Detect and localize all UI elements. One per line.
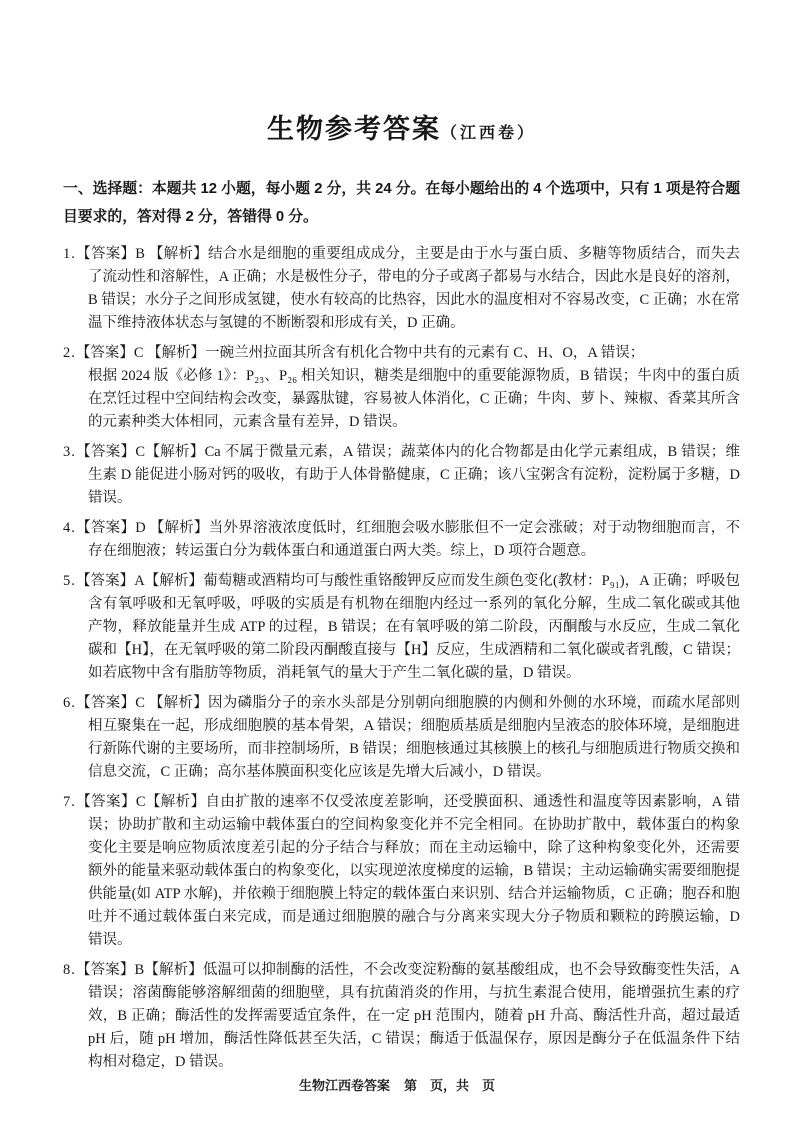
page-title-suffix: （江西卷） (441, 125, 536, 142)
item-text: 【答案】B【解析】低温可以抑制酶的活性，不会改变淀粉酶的氨基酸组成，也不会导致酶… (76, 962, 744, 1070)
item-number: 3. (63, 444, 76, 460)
item-text: 【答案】C【解析】Ca 不属于微量元素，A 错误；蔬菜体内的化合物都是由化学元素… (76, 444, 744, 506)
answer-item-1: 1.【答案】B 【解析】结合水是细胞的重要组成成分，主要是由于水与蛋白质、多糖等… (63, 243, 740, 335)
item-number: 1. (63, 246, 76, 262)
answer-list: 1.【答案】B 【解析】结合水是细胞的重要组成成分，主要是由于水与蛋白质、多糖等… (63, 243, 740, 1074)
answer-item-7: 7.【答案】C【解析】自由扩散的速率不仅受浓度差影响，还受膜面积、通透性和温度等… (63, 791, 740, 952)
page-footer: 生物江西卷答案第 页，共 页 (0, 1075, 794, 1094)
item-text: 【答案】C 【解析】因为磷脂分子的亲水头部是分别朝向细胞膜的内侧和外侧的水环境，… (76, 695, 740, 780)
item-number: 6. (63, 695, 76, 711)
item-text: 【答案】A【解析】葡萄糖或酒精均可与酸性重铬酸钾反应而发生颜色变化(教材：P₉₁… (76, 573, 740, 681)
footer-document-label: 生物江西卷答案 (299, 1078, 390, 1093)
section-header-choice-questions: 一、选择题：本题共 12 小题，每小题 2 分，共 24 分。在每小题给出的 4… (63, 175, 740, 231)
item-number: 8. (63, 962, 76, 978)
item-text: 【答案】B 【解析】结合水是细胞的重要组成成分，主要是由于水与蛋白质、多糖等物质… (76, 246, 740, 331)
page-title: 生物参考答案（江西卷） (63, 112, 740, 151)
item-text: 【答案】D 【解析】当外界溶液浓度低时，红细胞会吸水膨胀但不一定会涨破；对于动物… (76, 520, 740, 559)
answer-item-4: 4.【答案】D 【解析】当外界溶液浓度低时，红细胞会吸水膨胀但不一定会涨破；对于… (63, 517, 740, 563)
item-text: 【答案】C【解析】自由扩散的速率不仅受浓度差影响，还受膜面积、通透性和温度等因素… (76, 794, 744, 948)
answer-item-2: 2.【答案】C 【解析】一碗兰州拉面其所含有机化合物中共有的元素有 C、H、O，… (63, 342, 740, 434)
document-page: 生物参考答案（江西卷） 一、选择题：本题共 12 小题，每小题 2 分，共 24… (0, 0, 794, 1122)
answer-item-8: 8.【答案】B【解析】低温可以抑制酶的活性，不会改变淀粉酶的氨基酸组成，也不会导… (63, 959, 740, 1074)
item-number: 4. (63, 520, 76, 536)
answer-item-6: 6.【答案】C 【解析】因为磷脂分子的亲水头部是分别朝向细胞膜的内侧和外侧的水环… (63, 692, 740, 784)
item-number: 5. (63, 573, 76, 589)
item-number: 2. (63, 345, 76, 361)
answer-item-3: 3.【答案】C【解析】Ca 不属于微量元素，A 错误；蔬菜体内的化合物都是由化学… (63, 441, 740, 510)
item-text: 【答案】C 【解析】一碗兰州拉面其所含有机化合物中共有的元素有 C、H、O，A … (76, 345, 740, 430)
item-number: 7. (63, 794, 76, 810)
answer-item-5: 5.【答案】A【解析】葡萄糖或酒精均可与酸性重铬酸钾反应而发生颜色变化(教材：P… (63, 570, 740, 685)
page-title-main: 生物参考答案 (267, 114, 441, 144)
footer-page-number-text: 第 页，共 页 (404, 1078, 495, 1093)
